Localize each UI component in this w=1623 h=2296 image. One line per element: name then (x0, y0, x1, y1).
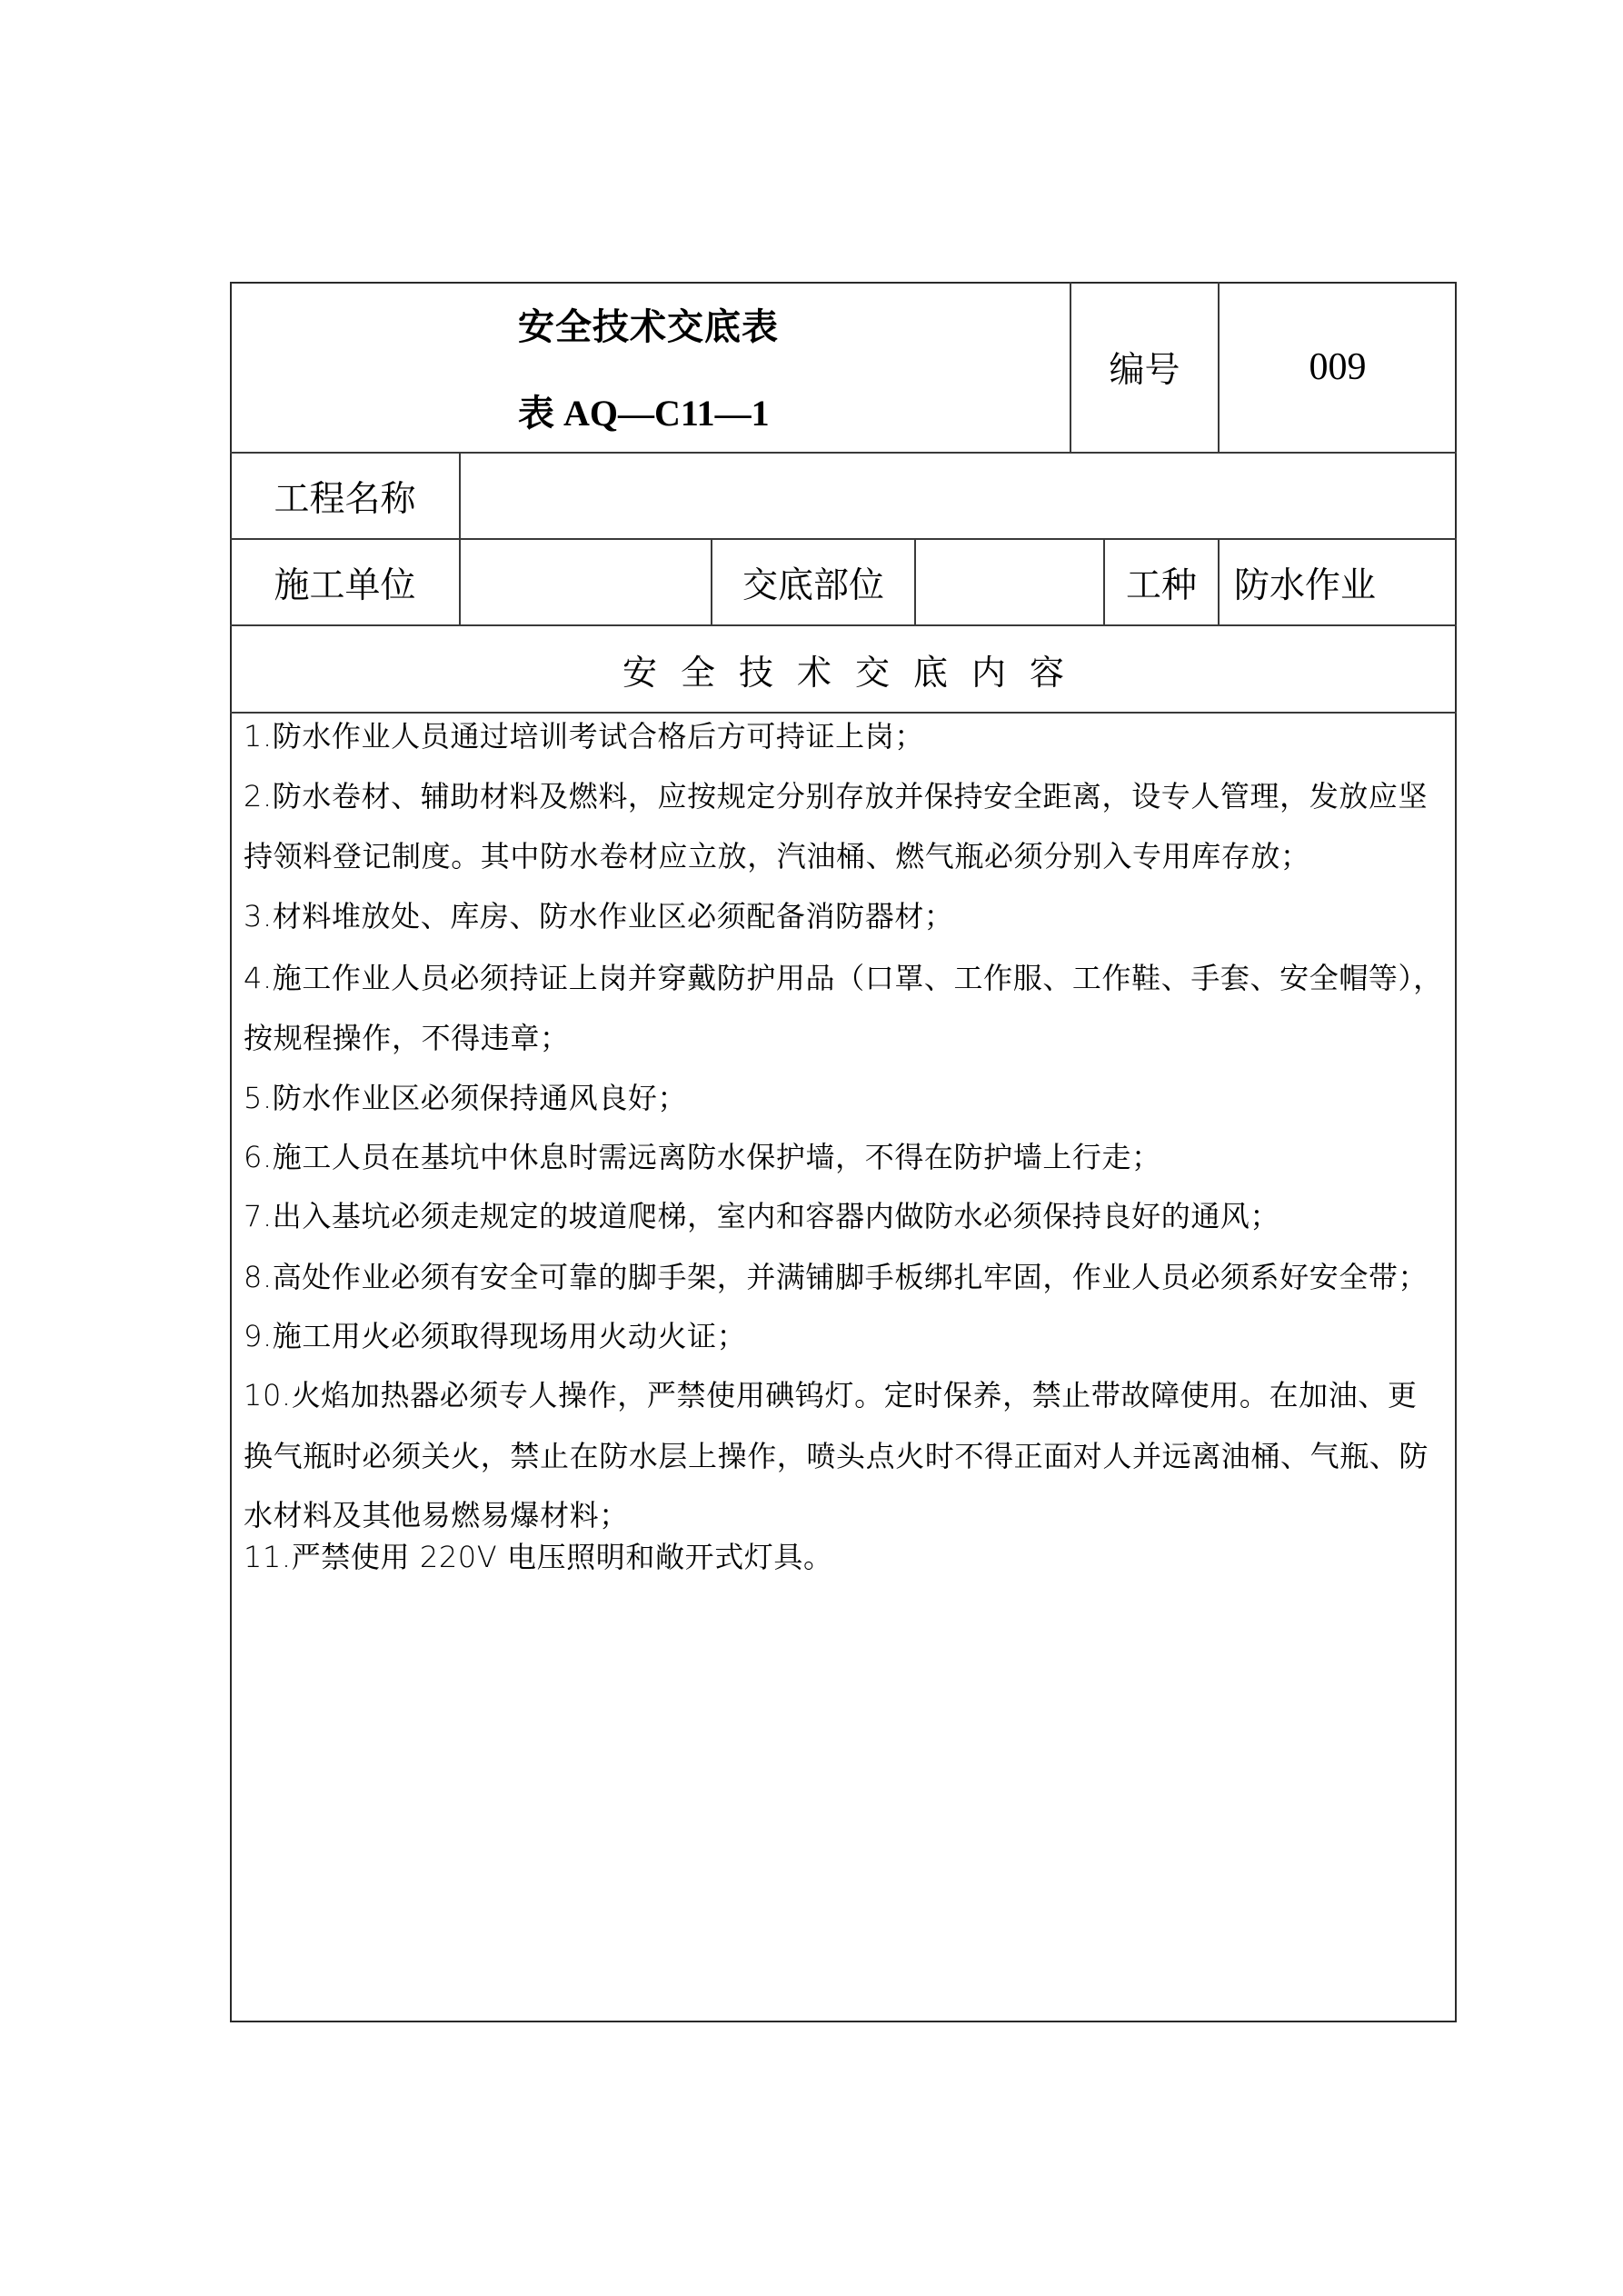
section-heading-text: 安全技术交底内容 (622, 644, 1088, 694)
section-heading: 安全技术交底内容 (230, 625, 1457, 713)
form-code-value: AQ—C11—1 (563, 393, 770, 434)
title-block: 安全技术交底表 表 AQ—C11—1 (230, 282, 1070, 453)
form-code: 表 AQ—C11—1 (518, 384, 770, 436)
content-line-12: 10.火焰加热器必须专人操作，严禁使用碘钨灯。定时保养，禁止带故障使用。在加油、… (244, 1377, 1418, 1413)
content-line-5: 4.施工作业人员必须持证上岗并穿戴防护用品（口罩、工作服、工作鞋、手套、安全帽等… (244, 960, 1443, 996)
content-line-6: 按规程操作，不得违章； (244, 1020, 570, 1056)
document-title: 安全技术交底表 (518, 298, 779, 350)
content-line-10: 8.高处作业必须有安全可靠的脚手架，并满铺脚手板绑扎牢固，作业人员必须系好安全带… (244, 1259, 1428, 1295)
project-name-field[interactable] (460, 453, 1457, 539)
content-line-2: 2.防水卷材、辅助材料及燃料，应按规定分别存放并保持安全距离，设专人管理，发放应… (244, 778, 1428, 814)
form-code-prefix: 表 (518, 393, 554, 434)
content-line-15: 11.严禁使用 220V 电压照明和敞开式灯具。 (244, 1539, 833, 1575)
project-name-label-text: 工程名称 (274, 471, 415, 522)
briefing-location-label: 交底部位 (712, 539, 915, 625)
content-line-11: 9.施工用火必须取得现场用火动火证； (244, 1318, 746, 1354)
project-name-label: 工程名称 (230, 453, 460, 539)
construction-unit-label: 施工单位 (230, 539, 460, 625)
number-value-text: 009 (1309, 345, 1367, 389)
content-line-7: 5.防水作业区必须保持通风良好； (244, 1080, 687, 1116)
content-line-9: 7.出入基坑必须走规定的坡道爬梯，室内和容器内做防水必须保持良好的通风； (244, 1198, 1279, 1234)
construction-unit-field[interactable] (460, 539, 712, 625)
work-type-label: 工种 (1104, 539, 1219, 625)
content-line-4: 3.材料堆放处、库房、防水作业区必须配备消防器材； (244, 898, 954, 934)
work-type-value: 防水作业 (1234, 557, 1376, 608)
construction-unit-label-text: 施工单位 (274, 557, 415, 608)
content-line-1: 1.防水作业人员通过培训考试合格后方可持证上岗； (244, 718, 924, 754)
content-line-8: 6.施工人员在基坑中休息时需远离防水保护墙，不得在防护墙上行走； (244, 1139, 1161, 1175)
content-line-3: 持领料登记制度。其中防水卷材应立放，汽油桶、燃气瓶必须分别入专用库存放； (244, 838, 1310, 874)
briefing-location-field[interactable] (915, 539, 1104, 625)
number-value: 009 (1219, 282, 1457, 453)
work-type-label-text: 工种 (1126, 557, 1197, 608)
content-line-14: 水材料及其他易燃易爆材料； (244, 1497, 629, 1533)
work-type-field[interactable]: 防水作业 (1219, 539, 1457, 625)
document-page: 安全技术交底表 表 AQ—C11—1 编号 009 工程名称 施工单位 交底部位… (0, 0, 1623, 2296)
number-label-text: 编号 (1109, 342, 1180, 393)
content-line-13: 换气瓶时必须关火，禁止在防水层上操作，喷头点火时不得正面对人并远离油桶、气瓶、防 (244, 1438, 1429, 1474)
briefing-location-label-text: 交底部位 (742, 557, 884, 608)
number-label: 编号 (1070, 282, 1219, 453)
